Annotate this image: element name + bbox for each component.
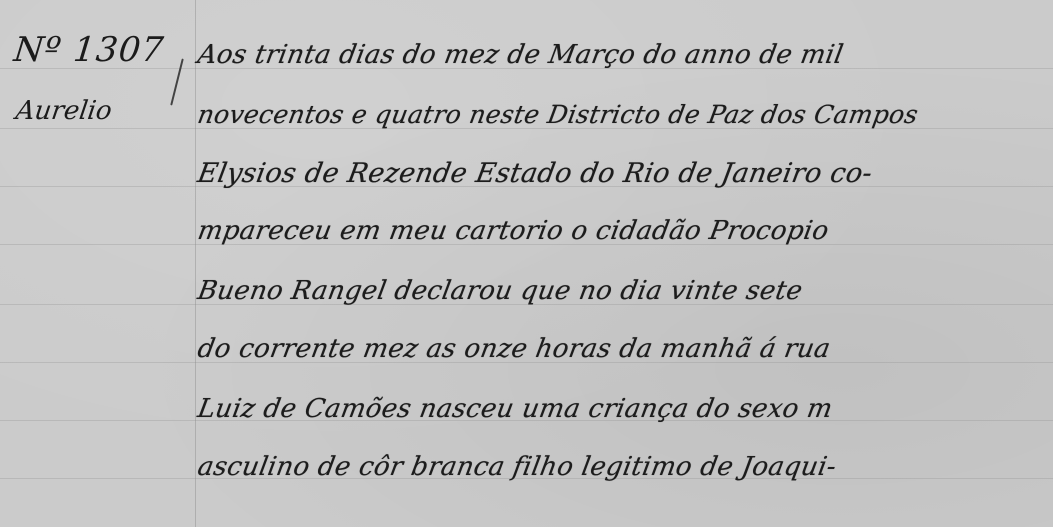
child-name: Aurelio bbox=[14, 96, 114, 126]
text-line-2: novecentos e quatro neste Districto de P… bbox=[195, 100, 920, 129]
text-line-8: asculino de côr branca filho legitimo de… bbox=[195, 452, 838, 482]
registry-page: Nº 1307 Aurelio Aos trinta dias do mez d… bbox=[0, 0, 1053, 527]
margin-column: Nº 1307 Aurelio bbox=[0, 0, 190, 527]
margin-divider bbox=[195, 0, 196, 527]
text-line-6: do corrente mez as onze horas da manhã á… bbox=[195, 334, 832, 364]
text-line-7: Luiz de Camões nasceu uma criança do sex… bbox=[195, 394, 835, 424]
text-line-5: Bueno Rangel declarou que no dia vinte s… bbox=[195, 276, 804, 306]
entry-number: Nº 1307 bbox=[12, 30, 166, 70]
text-line-1: Aos trinta dias do mez de Março do anno … bbox=[195, 40, 845, 70]
text-line-3: Elysios de Rezende Estado do Rio de Jane… bbox=[195, 158, 875, 189]
text-line-4: mpareceu em meu cartorio o cidadão Proco… bbox=[195, 216, 831, 246]
entry-body: Aos trinta dias do mez de Março do anno … bbox=[198, 0, 1048, 527]
